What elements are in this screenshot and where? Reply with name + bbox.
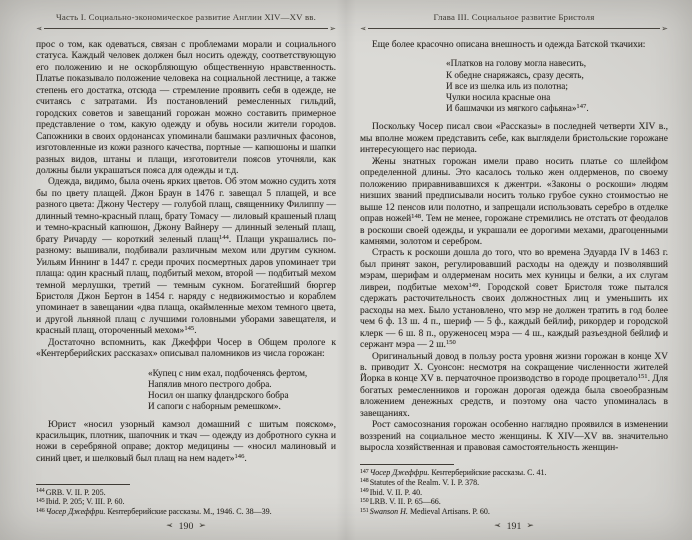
paragraph: Достаточно вспомнить, как Джеффри Чосер … xyxy=(36,338,336,361)
footnote-text: Чосер Джеффри. Кентерберийские рассказы.… xyxy=(46,507,272,516)
footnote-number: 144 xyxy=(36,488,45,494)
paragraph: Одежда, видимо, была очень ярких цветов.… xyxy=(36,177,336,337)
poem-line: И все из шелка иль из полотна; xyxy=(446,81,668,92)
running-head-title: Глава III. Социальное развитие Бристоля xyxy=(360,12,668,22)
page-left: Часть I. Социально-экономическое развити… xyxy=(0,0,346,540)
footnote: 151Swanson H. Medieval Artisans. P. 60. xyxy=(360,507,668,517)
poem-quote: «Платков на голову могла навесить, К обе… xyxy=(446,58,668,114)
footnote-number: 148 xyxy=(360,478,369,484)
footnotes-left: 144GRB. V. II. P. 205. 145Ibid. P. 205; … xyxy=(36,482,336,517)
footnote-text: GRB. V. II. P. 205. xyxy=(46,488,106,497)
paragraph: Еще более красочно описана внешность и о… xyxy=(360,40,668,51)
footnote-number: 146 xyxy=(36,508,45,514)
page-number-right: ➢ 191 ➢ xyxy=(360,521,668,532)
body-text-left: прос о том, как одеваться, связан с проб… xyxy=(36,40,336,465)
ornament-arrow-icon: ➢ xyxy=(526,522,534,531)
poem-line: «Купец с ним ехал, подбоченясь фертом, xyxy=(148,368,336,379)
head-rule: ➢ ➢ xyxy=(360,24,668,33)
footnotes-right: 147Чосер Джеффри. Кентерберийские расска… xyxy=(360,462,668,517)
ornament-arrow-icon: ➢ xyxy=(36,25,43,33)
ornament-arrow-icon: ➢ xyxy=(329,25,336,33)
poem-line: И сапоги с наборным ремешком». xyxy=(148,401,336,412)
poem-line: Носил он шапку фландрского бобра xyxy=(148,390,336,401)
footnote: 149Ibid. V. II. P. 40. xyxy=(360,488,668,498)
poem-line: Напялив много пестрого добра. xyxy=(148,379,336,390)
paragraph: Оригинальный довод в пользу роста уровня… xyxy=(360,352,668,421)
footnote: 144GRB. V. II. P. 205. xyxy=(36,488,336,498)
head-rule: ➢ ➢ xyxy=(36,24,336,33)
rule-line xyxy=(44,28,329,29)
footnote-number: 147 xyxy=(360,469,369,475)
footnote-text: Ibid. P. 205; V. III. P. 60. xyxy=(46,497,125,506)
running-head-right: Глава III. Социальное развитие Бристоля … xyxy=(360,12,668,33)
page-right: Глава III. Социальное развитие Бристоля … xyxy=(346,0,692,540)
ornament-arrow-icon: ➢ xyxy=(166,522,174,531)
ornament-arrow-icon: ➢ xyxy=(360,25,367,33)
running-head-left: Часть I. Социально-экономическое развити… xyxy=(36,12,336,33)
running-head-title: Часть I. Социально-экономическое развити… xyxy=(36,12,336,22)
page-number-value: 191 xyxy=(507,521,522,532)
footnote-number: 150 xyxy=(360,498,369,504)
poem-line: «Платков на голову могла навесить, xyxy=(446,58,668,69)
rule-line xyxy=(368,28,661,29)
paragraph: прос о том, как одеваться, связан с проб… xyxy=(36,40,336,177)
footnote-number: 149 xyxy=(360,488,369,494)
paragraph: Страсть к роскоши дошла до того, что во … xyxy=(360,248,668,351)
footnote-text: Чосер Джеффри. Кентерберийские рассказы.… xyxy=(370,468,547,477)
footnote: 147Чосер Джеффри. Кентерберийские расска… xyxy=(360,468,668,478)
footnote-text: Statutes of the Realm. V. I. P. 378. xyxy=(370,478,479,487)
footnote-rule xyxy=(360,464,454,465)
book-spread: Часть I. Социально-экономическое развити… xyxy=(0,0,692,540)
ornament-arrow-icon: ➢ xyxy=(494,522,502,531)
footnote: 150LRB. V. II. P. 65—66. xyxy=(360,497,668,507)
ornament-arrow-icon: ➢ xyxy=(661,25,668,33)
paragraph: Рост самосознания горожан особенно нагля… xyxy=(360,420,668,454)
paragraph: Поскольку Чосер писал свои «Рассказы» в … xyxy=(360,122,668,156)
poem-quote: «Купец с ним ехал, подбоченясь фертом, Н… xyxy=(148,368,336,413)
poem-line: И башмачки из мягкого сафьяна»147. xyxy=(446,103,668,114)
poem-line: Чулки носила красные она xyxy=(446,92,668,103)
paragraph: Юрист «носил узорный камзол домашний с ш… xyxy=(36,420,336,466)
ornament-arrow-icon: ➢ xyxy=(198,522,206,531)
footnote-text: LRB. V. II. P. 65—66. xyxy=(370,497,441,506)
footnote-rule xyxy=(36,484,130,485)
footnote: 148Statutes of the Realm. V. I. P. 378. xyxy=(360,478,668,488)
footnote: 145Ibid. P. 205; V. III. P. 60. xyxy=(36,497,336,507)
footnote-number: 151 xyxy=(360,508,369,514)
poem-line: К обедне снаряжаясь, сразу десять, xyxy=(446,70,668,81)
page-number-left: ➢ 190 ➢ xyxy=(36,521,336,532)
footnote-number: 145 xyxy=(36,498,45,504)
body-text-right: Еще более красочно описана внешность и о… xyxy=(360,40,668,455)
page-number-value: 190 xyxy=(179,521,194,532)
footnote: 146Чосер Джеффри. Кентерберийские расска… xyxy=(36,507,336,517)
paragraph: Жены знатных горожан имели право носить … xyxy=(360,157,668,249)
footnote-text: Swanson H. Medieval Artisans. P. 60. xyxy=(370,507,490,516)
footnote-text: Ibid. V. II. P. 40. xyxy=(370,488,422,497)
